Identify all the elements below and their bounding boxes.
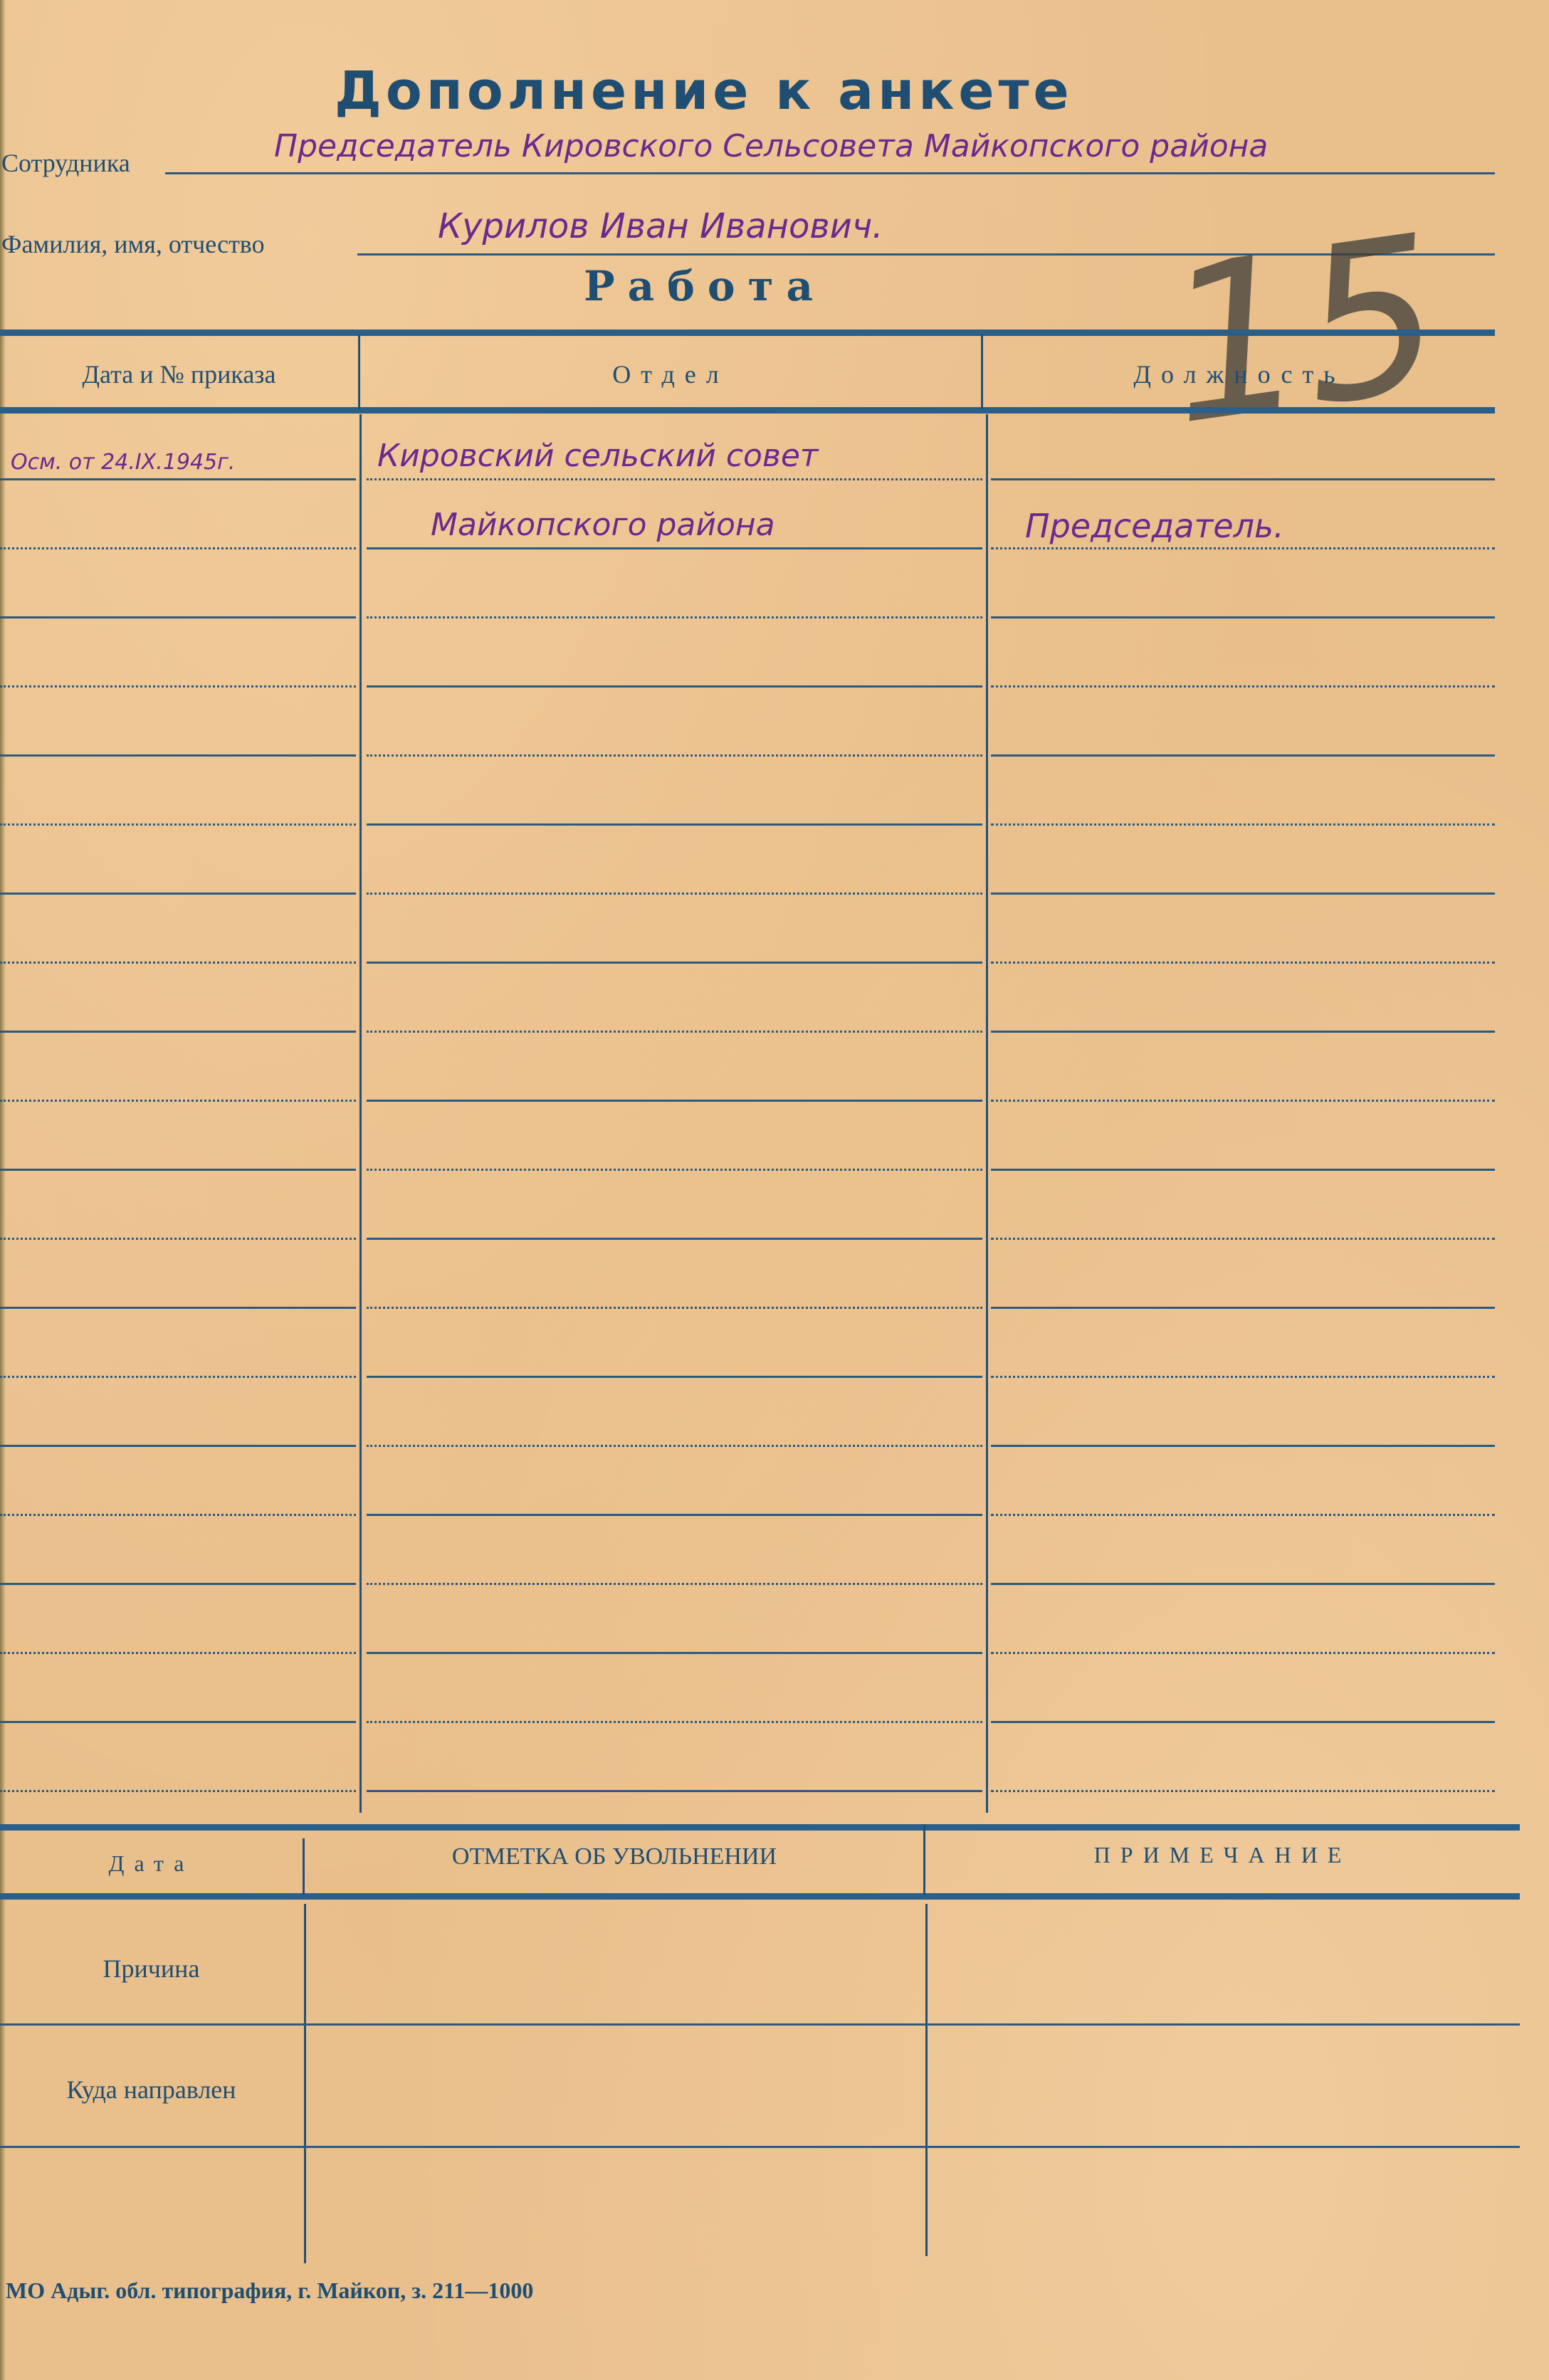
dismissal-body-divider-2 xyxy=(925,1904,928,2256)
row-rule xyxy=(367,1238,982,1240)
row-rule xyxy=(0,1652,356,1654)
body-divider-1 xyxy=(359,414,362,1813)
row-rule xyxy=(0,1376,356,1378)
row-rule xyxy=(367,1652,982,1654)
dismissal-body-divider-1 xyxy=(304,1904,306,2263)
row-rule xyxy=(991,1790,1495,1792)
row-rule xyxy=(991,1652,1495,1654)
name-value: Курилов Иван Иванович. xyxy=(438,206,883,246)
row-rule xyxy=(0,1169,356,1171)
dismissal-column-mark: ОТМЕТКА ОБ УВОЛЬНЕНИИ xyxy=(305,1843,924,1870)
dismissal-column-note: ПРИМЕЧАНИЕ xyxy=(925,1842,1520,1868)
row-rule xyxy=(367,547,982,549)
row-rule xyxy=(0,1514,356,1516)
employee-label: Сотрудника xyxy=(1,148,130,178)
row-rule xyxy=(0,1583,356,1585)
row-rule xyxy=(991,1721,1495,1723)
row-rule xyxy=(367,892,982,895)
row-rule xyxy=(991,1514,1495,1516)
row-rule xyxy=(367,754,982,757)
row-rule xyxy=(0,478,356,480)
column-header-department: Отдел xyxy=(360,359,981,389)
row-rule xyxy=(0,1031,356,1033)
row-rule xyxy=(367,685,982,688)
row-rule xyxy=(991,1307,1495,1309)
dismissal-header-bottom-border xyxy=(0,1893,1520,1900)
row-rule xyxy=(991,1445,1495,1447)
employee-value: Председатель Кировского Сельсовета Майко… xyxy=(274,128,1268,164)
row-rule xyxy=(0,823,356,826)
row-rule xyxy=(991,616,1495,618)
form-title: Дополнение к анкете xyxy=(335,60,1073,122)
row-rule xyxy=(0,685,356,688)
column-header-date-order: Дата и № приказа xyxy=(0,359,358,389)
row-rule xyxy=(367,1307,982,1309)
row-rule xyxy=(0,1307,356,1309)
row-rule xyxy=(367,962,982,964)
row-rule xyxy=(367,1445,982,1447)
dismissal-top-border xyxy=(0,1824,1520,1831)
row-rule xyxy=(0,1445,356,1447)
row-1-department: Кировский сельский совет xyxy=(377,438,819,474)
row-rule xyxy=(0,616,356,618)
row-rule xyxy=(367,1031,982,1033)
row-rule xyxy=(991,1238,1495,1240)
row-rule xyxy=(0,892,356,895)
row-rule xyxy=(367,1790,982,1792)
row-2-position: Председатель. xyxy=(1025,507,1284,545)
row-rule xyxy=(367,1514,982,1516)
row-rule xyxy=(991,1583,1495,1585)
row-rule xyxy=(0,1721,356,1723)
row-rule xyxy=(367,616,982,618)
row-rule xyxy=(0,1238,356,1240)
column-header-position: Должность xyxy=(983,359,1496,389)
dismissal-row-destination-label: Куда направлен xyxy=(0,2075,303,2105)
row-rule xyxy=(991,547,1495,549)
row-rule xyxy=(0,754,356,757)
dismissal-row-line-2 xyxy=(0,2146,1520,2148)
row-rule xyxy=(991,1100,1495,1102)
row-rule xyxy=(367,1169,982,1171)
work-section-title: Работа xyxy=(584,262,826,310)
dismissal-row-line-1 xyxy=(0,2023,1520,2026)
row-rule xyxy=(0,1790,356,1792)
row-rule xyxy=(991,754,1495,757)
row-rule xyxy=(991,823,1495,826)
name-label: Фамилия, имя, отчество xyxy=(1,229,265,259)
row-rule xyxy=(367,1721,982,1723)
work-table-top-border xyxy=(0,330,1495,336)
row-rule xyxy=(991,478,1495,480)
employee-underline xyxy=(165,172,1495,174)
row-rule xyxy=(0,962,356,964)
row-2-department: Майкопского района xyxy=(431,507,775,543)
row-rule xyxy=(367,1376,982,1378)
row-rule xyxy=(0,1100,356,1102)
printer-imprint: МО Адыг. обл. типография, г. Майкоп, з. … xyxy=(6,2278,533,2304)
row-rule xyxy=(0,547,356,549)
row-rule xyxy=(991,1376,1495,1378)
dismissal-column-date: Дата xyxy=(0,1850,303,1877)
work-table-header-bottom-border xyxy=(0,407,1495,414)
row-rule xyxy=(991,685,1495,688)
body-divider-2 xyxy=(986,414,988,1813)
row-rule xyxy=(991,892,1495,895)
row-rule xyxy=(367,1100,982,1102)
row-rule xyxy=(367,1583,982,1585)
row-rule xyxy=(991,1169,1495,1171)
dismissal-row-reason-label: Причина xyxy=(0,1954,303,1984)
row-1-date-order: Осм. от 24.IX.1945г. xyxy=(11,450,235,475)
row-rule xyxy=(991,962,1495,964)
row-rule xyxy=(367,823,982,826)
row-rule xyxy=(367,478,982,480)
row-rule xyxy=(991,1031,1495,1033)
